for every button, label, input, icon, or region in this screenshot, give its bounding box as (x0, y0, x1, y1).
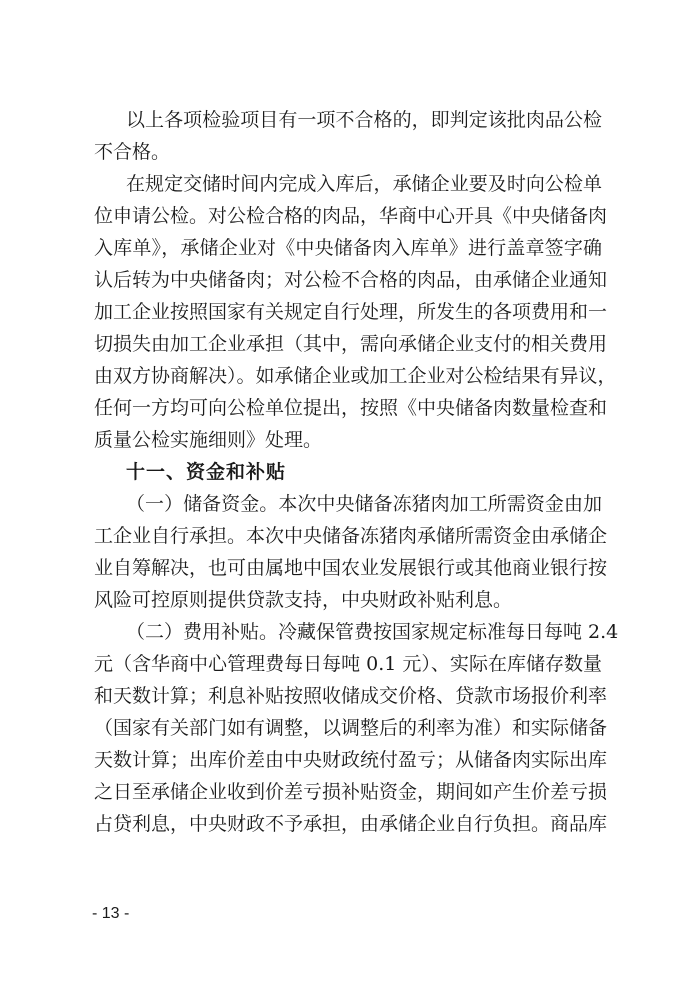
paragraph-line: 和天数计算；利息补贴按照收储成交价格、贷款市场报价利率 (94, 680, 602, 712)
paragraph-line: 由双方协商解决）。如承储企业或加工企业对公检结果有异议， (94, 360, 602, 392)
paragraph-line: 元（含华商中心管理费每日每吨 0.1 元）、实际在库储存数量 (94, 648, 602, 680)
paragraph-line: 在规定交储时间内完成入库后，承储企业要及时向公检单 (126, 168, 602, 200)
document-page: 以上各项检验项目有一项不合格的，即判定该批肉品公检 不合格。 在规定交储时间内完… (0, 0, 700, 989)
paragraph-line: 以上各项检验项目有一项不合格的，即判定该批肉品公检 (126, 104, 602, 136)
page-number: - 13 - (92, 904, 129, 924)
paragraph-line: 切损失由加工企业承担（其中，需向承储企业支付的相关费用 (94, 328, 602, 360)
paragraph-line: 位申请公检。对公检合格的肉品，华商中心开具《中央储备肉 (94, 200, 602, 232)
paragraph-line: 加工企业按照国家有关规定自行处理，所发生的各项费用和一 (94, 296, 602, 328)
paragraph-line: 风险可控原则提供贷款支持，中央财政补贴利息。 (94, 584, 602, 616)
paragraph-line: 之日至承储企业收到价差亏损补贴资金，期间如产生价差亏损 (94, 776, 602, 808)
paragraph-line: 入库单》，承储企业对《中央储备肉入库单》进行盖章签字确 (94, 232, 602, 264)
section-heading: 十一、资金和补贴 (126, 456, 602, 488)
paragraph-line: （国家有关部门如有调整，以调整后的利率为准）和实际储备 (94, 712, 602, 744)
paragraph-line: 认后转为中央储备肉；对公检不合格的肉品，由承储企业通知 (94, 264, 602, 296)
paragraph-line: 不合格。 (94, 136, 602, 168)
paragraph-line: 工企业自行承担。本次中央储备冻猪肉承储所需资金由承储企 (94, 520, 602, 552)
paragraph-line: 质量公检实施细则》处理。 (94, 424, 602, 456)
paragraph-line: 占贷利息，中央财政不予承担，由承储企业自行负担。商品库 (94, 808, 602, 840)
paragraph-line: 任何一方均可向公检单位提出，按照《中央储备肉数量检查和 (94, 392, 602, 424)
paragraph-line: （二）费用补贴。冷藏保管费按国家规定标准每日每吨 2.4 (126, 616, 602, 648)
paragraph-line: 业自筹解决，也可由属地中国农业发展银行或其他商业银行按 (94, 552, 602, 584)
paragraph-line: 天数计算；出库价差由中央财政统付盈亏；从储备肉实际出库 (94, 744, 602, 776)
paragraph-line: （一）储备资金。本次中央储备冻猪肉加工所需资金由加 (126, 488, 602, 520)
